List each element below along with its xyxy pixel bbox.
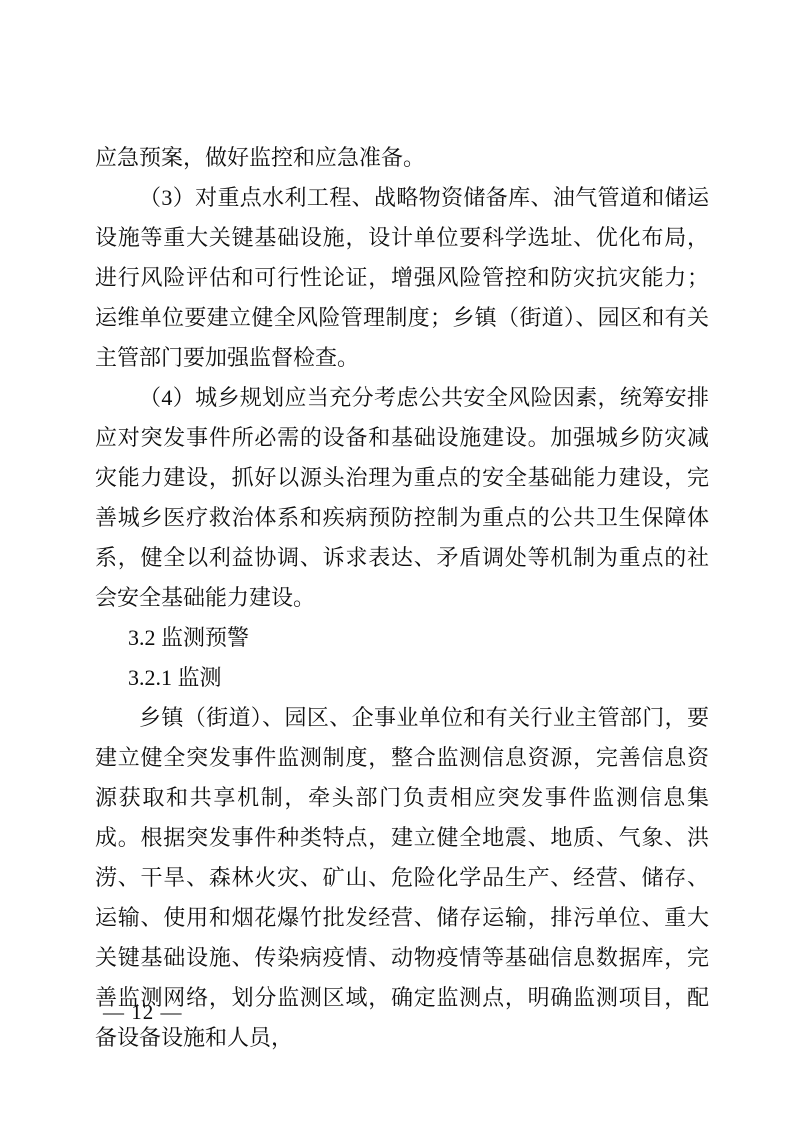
section-heading: 3.2.1 监测 [95, 658, 709, 698]
body-paragraph: 应急预案，做好监控和应急准备。 [95, 138, 709, 178]
body-paragraph: （4）城乡规划应当充分考虑公共安全风险因素，统筹安排应对突发事件所必需的设备和基… [95, 378, 709, 618]
body-paragraph: （3）对重点水利工程、战略物资储备库、油气管道和储运设施等重大关键基础设施，设计… [95, 178, 709, 378]
document-page: 应急预案，做好监控和应急准备。（3）对重点水利工程、战略物资储备库、油气管道和储… [0, 0, 793, 1122]
page-number: — 12 — [103, 999, 183, 1025]
section-heading: 3.2 监测预警 [95, 618, 709, 658]
document-body: 应急预案，做好监控和应急准备。（3）对重点水利工程、战略物资储备库、油气管道和储… [95, 138, 709, 1058]
body-paragraph: 乡镇（街道）、园区、企事业单位和有关行业主管部门，要建立健全突发事件监测制度，整… [95, 698, 709, 1058]
